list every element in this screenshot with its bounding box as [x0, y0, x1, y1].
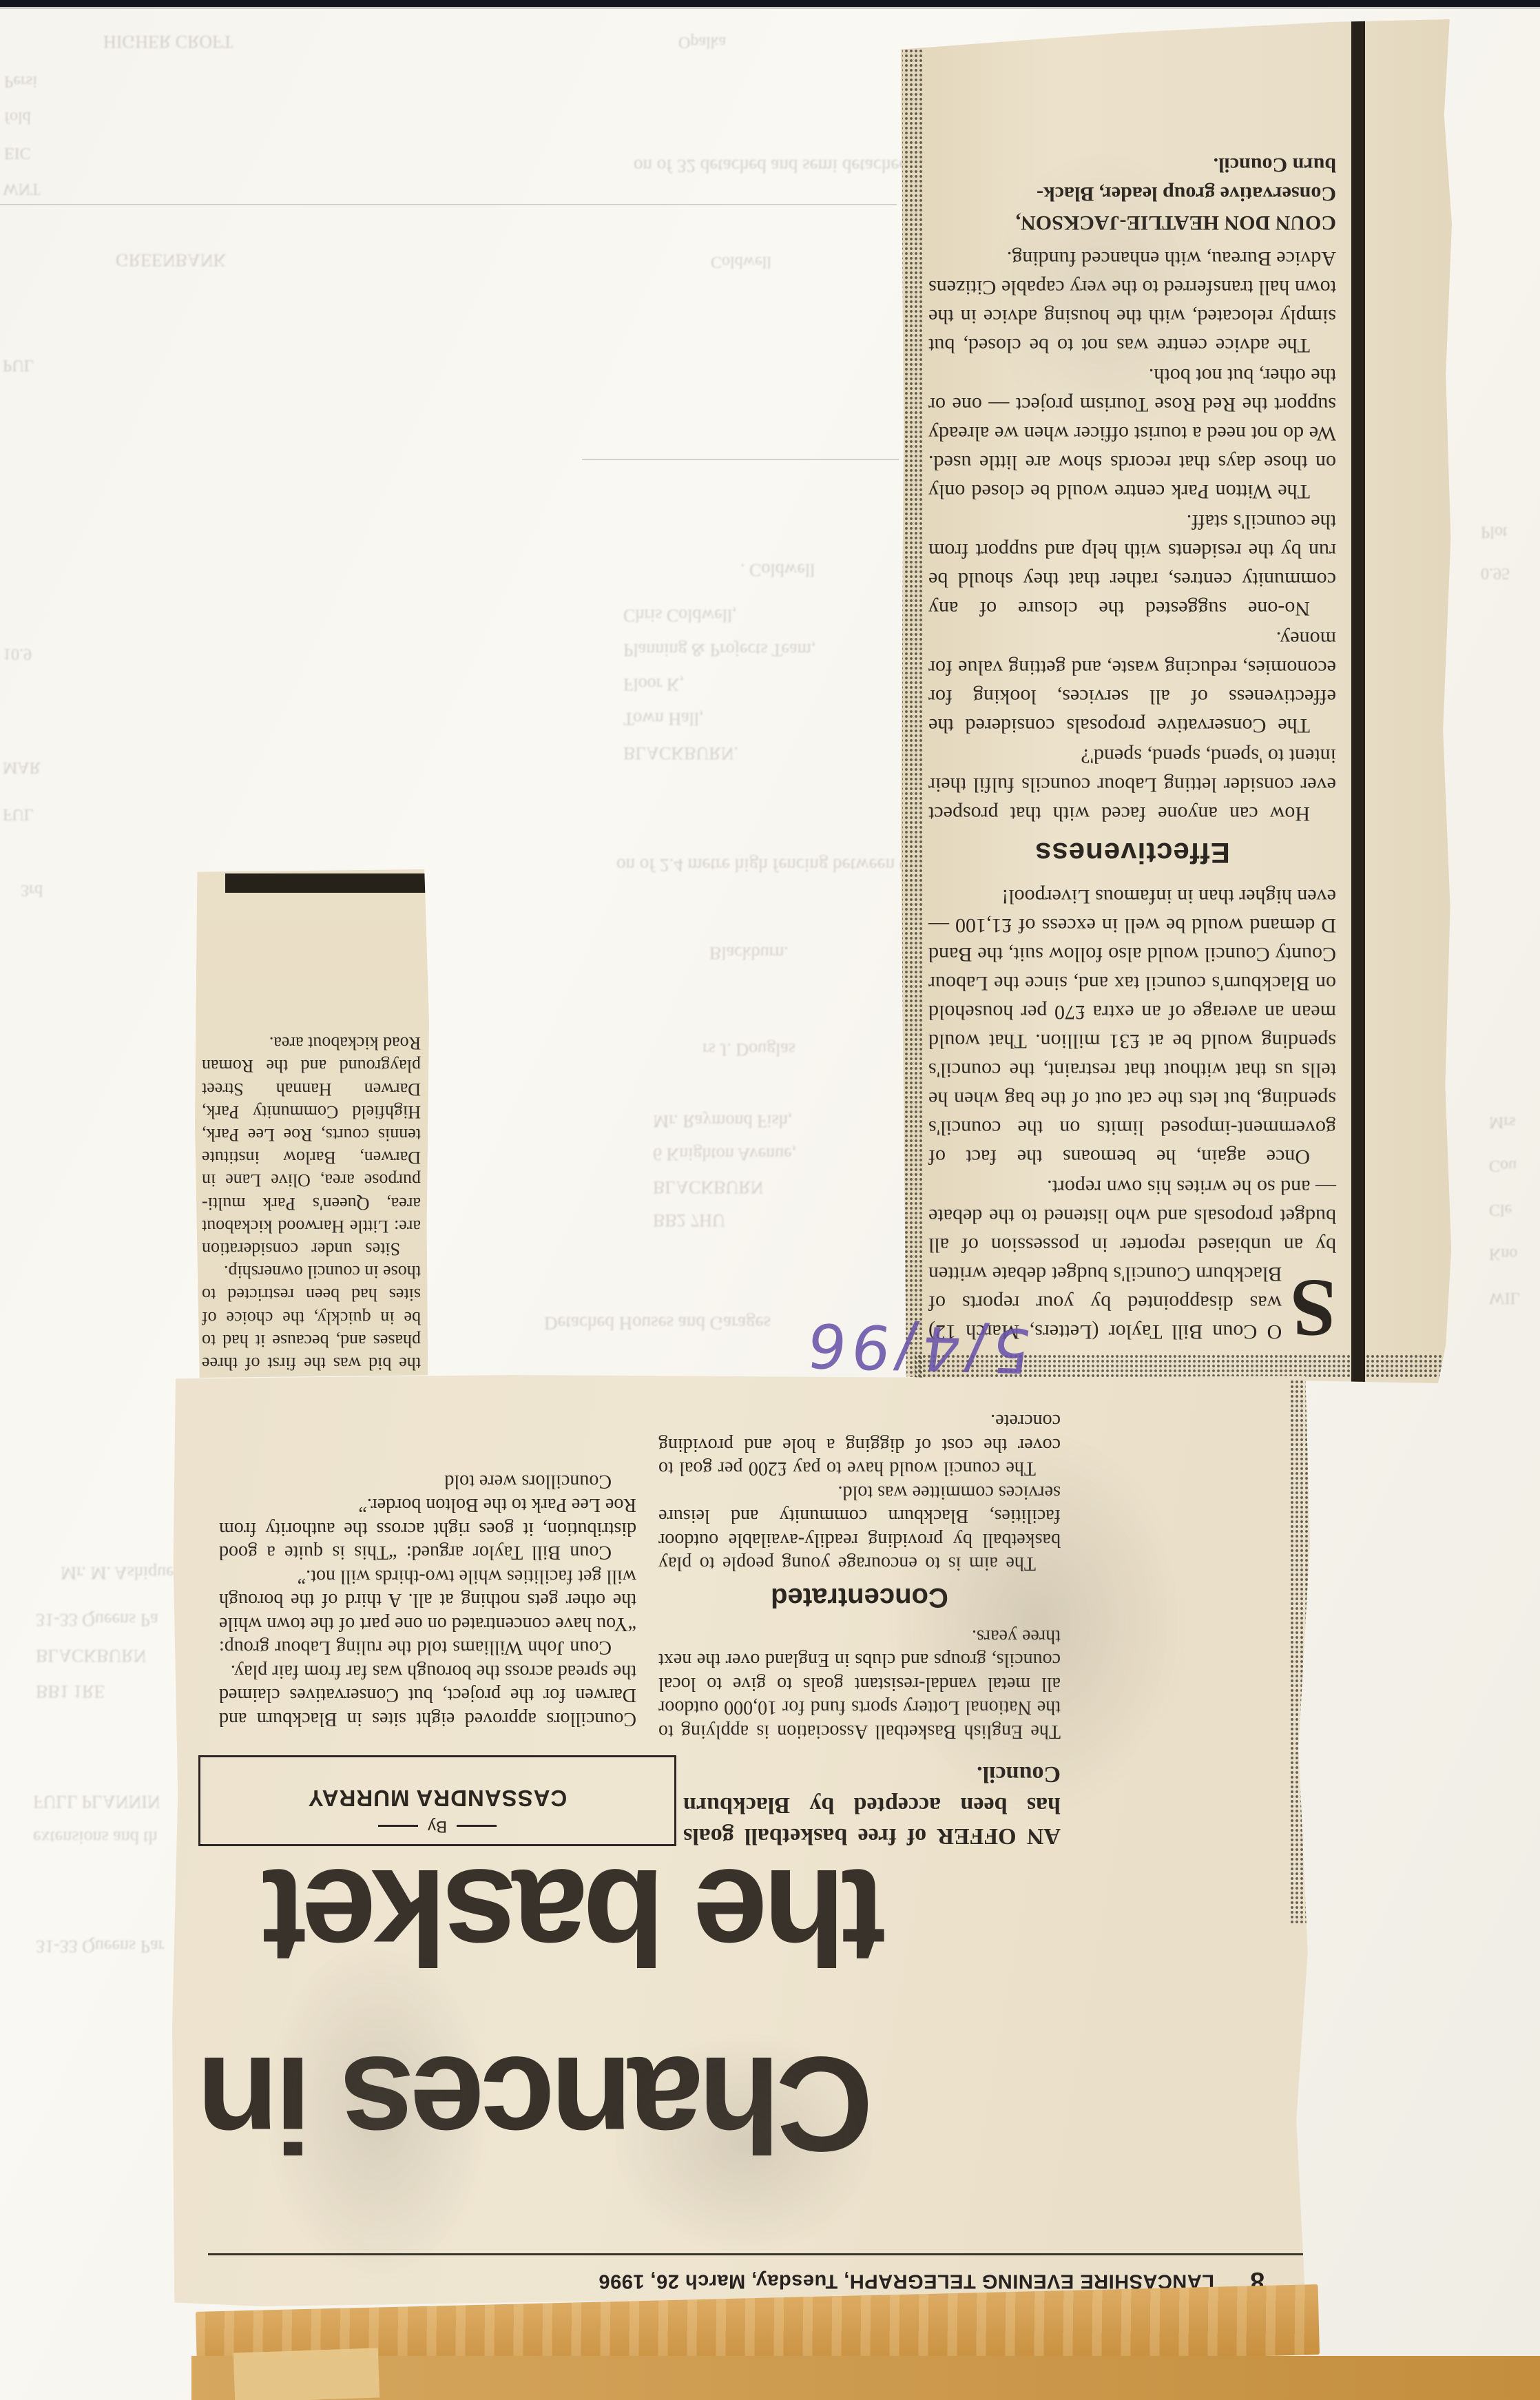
- ghost-text: Mr. M. Ashique: [61, 1562, 174, 1583]
- ghost-text: BLACKBURN: [36, 1645, 146, 1666]
- ghost-text: BB1 1RE: [36, 1681, 105, 1701]
- article-column-2: Councillors approved eight sites in Blac…: [219, 1469, 636, 1731]
- ghost-text: Chris Coldwell,: [623, 605, 737, 625]
- fragment-column: the bid was the first of three phases an…: [202, 1032, 421, 1375]
- ghost-text: 0.95: [1481, 563, 1510, 582]
- ghost-text: GREENBANK: [116, 249, 226, 270]
- byline-rule: [378, 1825, 418, 1827]
- print-showthrough-blob: [265, 1939, 492, 2284]
- paragraph: Coun Bill Taylor argued: “This is quite …: [219, 1493, 636, 1564]
- ghost-text: Plot: [1481, 522, 1508, 541]
- ghost-text: BLACKBURN: [653, 1177, 763, 1197]
- ghost-text: 6 Knighton Avenue,: [653, 1144, 796, 1164]
- print-showthrough-blob: [985, 148, 1219, 437]
- paper-crease: [582, 459, 899, 460]
- ghost-text: Floor K,: [623, 674, 684, 694]
- ghost-text: Detached Houses and Garages: [544, 1312, 771, 1334]
- ghost-text: Planning & Projects Team,: [623, 639, 815, 660]
- ghost-text: BB2 7HU: [653, 1210, 725, 1230]
- tape-patch: [233, 2348, 379, 2400]
- paragraph: Once again, he bemoans the fact of gover…: [928, 882, 1336, 1171]
- column-rule: [1351, 21, 1365, 1386]
- ghost-text: Blackburn.: [709, 942, 789, 963]
- black-rule: [225, 873, 426, 893]
- paragraph: Councillors approved eight sites in Blac…: [219, 1659, 636, 1731]
- tape-strip-bottom: [191, 2356, 1540, 2400]
- ghost-text: Mr. Raymond Fish,: [653, 1110, 792, 1131]
- ghost-text: WIL: [1489, 1288, 1520, 1307]
- ghost-text: PUL: [3, 355, 34, 374]
- subhead: Effectiveness: [928, 836, 1336, 869]
- byline-rule: [457, 1825, 497, 1827]
- halftone-border: [902, 25, 923, 1379]
- print-showthrough-blob: [606, 2032, 882, 2253]
- ghost-text: 31-33 Queens Par: [36, 1936, 164, 1956]
- sites-fragment-clipping: the bid was the first of three phases an…: [195, 869, 429, 1378]
- ghost-text: Opalka: [678, 32, 726, 51]
- ghost-text: EIC: [4, 143, 31, 162]
- ghost-text: rs J. Douglas: [703, 1039, 795, 1059]
- ghost-text: FUL: [3, 805, 34, 823]
- paragraph: No-one suggested the closure of any comm…: [928, 507, 1336, 623]
- paragraph: How can anyone faced with that prospect …: [928, 741, 1336, 828]
- ghost-text: HIGHER CROFT: [103, 31, 233, 52]
- paper-crease: [0, 204, 897, 205]
- ghost-text: BLACKBURN.: [623, 743, 738, 763]
- drop-cap: S: [1282, 1276, 1336, 1346]
- paragraph: Councillors were told: [219, 1469, 636, 1493]
- byline-label: By: [428, 1817, 447, 1836]
- ghost-text: fold: [4, 107, 31, 126]
- ghost-text: . Coldwell: [740, 559, 815, 580]
- ghost-text: Coldwell: [711, 252, 771, 271]
- scanned-scrapbook-page: HIGHER CROFTOpalkaon of 32 detached and …: [0, 0, 1540, 2400]
- ghost-text: Cou: [1489, 1156, 1517, 1175]
- ghost-text: Kno: [1489, 1244, 1517, 1263]
- ghost-text: Persi: [4, 72, 37, 90]
- byline-box: By CASSANDRA MURRAY: [198, 1755, 676, 1846]
- ghost-text: Cle: [1489, 1200, 1512, 1219]
- ghost-text: extensions and th: [33, 1827, 158, 1848]
- handwritten-date: 5/4/96: [798, 1310, 1035, 1386]
- ghost-text: Mrs: [1489, 1113, 1516, 1131]
- ghost-text: Town Hall,: [623, 708, 704, 729]
- paragraph: Sites under consideration are: Little Ha…: [202, 1032, 421, 1261]
- paragraph: The Conservative proposals considered th…: [928, 624, 1336, 740]
- paragraph: the bid was the first of three phases an…: [202, 1261, 421, 1375]
- ghost-text: 3rd: [21, 880, 43, 899]
- ghost-text: 10.9: [3, 644, 32, 663]
- byline-label-row: By: [200, 1817, 674, 1836]
- sites-fragment-content: the bid was the first of three phases an…: [195, 869, 429, 1378]
- print-showthrough-blob: [885, 1429, 1188, 1815]
- ghost-text: WNT: [3, 179, 41, 198]
- halftone-border: [1289, 1380, 1309, 1924]
- ghost-text: 31-33 Queens Pa: [36, 1609, 158, 1630]
- scanner-edge: [0, 0, 1540, 9]
- ghost-text: FULL PLANNIN: [33, 1791, 160, 1812]
- byline-name: CASSANDRA MURRAY: [200, 1785, 674, 1811]
- ghost-text: MAR: [3, 758, 41, 776]
- paragraph: Coun John Williams told the ruling Labou…: [219, 1564, 636, 1659]
